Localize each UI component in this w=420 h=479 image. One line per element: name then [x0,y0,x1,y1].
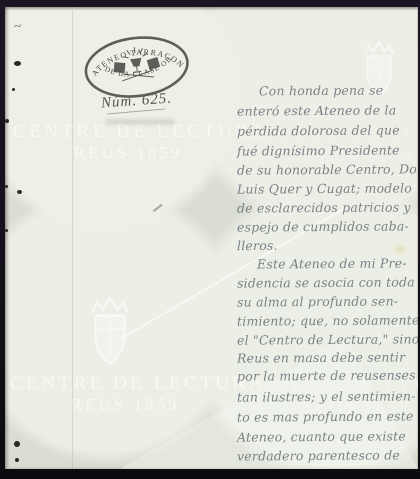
crest-watermark-icon [81,289,139,382]
paper-stain [391,243,409,256]
punch-hole [15,458,19,462]
manuscript-line: Este Ateneo de mi Pre- [257,255,407,271]
manuscript-line: espejo de cumplidos caba- [237,218,409,234]
manuscript-line: timiento; que, no solamente [237,312,418,328]
pencil-slash-mark [153,204,163,212]
punch-hole [12,88,15,91]
punch-hole [5,185,8,188]
manuscript-line: sidencia se asocia con toda [237,274,415,290]
manuscript-line: lleros. [237,238,278,253]
manuscript-line: de esclarecidos patricios y [237,199,411,215]
manuscript-line: de su honorable Centro, Don [237,161,418,177]
punch-hole [14,441,20,447]
pencil-mark: ~ [14,23,29,30]
manuscript-line: fué dignísimo Presidente [237,142,400,158]
watermark-subtitle: REUS 1859 [10,395,240,415]
manuscript-line: Ateneo, cuanto que existe [237,428,406,444]
vertical-fold-line [72,7,74,469]
manuscript-line: pérdida dolorosa del que [237,122,400,138]
watermark-bottom-left: CENTRE DE LECTURA REUS 1859 [10,373,240,415]
watermark-top-left: CENTRE DE LECTURA REUS 1859 [13,121,243,163]
punch-hole [5,119,9,123]
manuscript-line: to es mas profundo en este [237,408,414,424]
ink-bleed-mark [105,119,175,125]
manuscript-line: Luis Quer y Cugat; modelo [237,180,412,196]
watermark-subtitle: REUS 1859 [13,143,243,163]
punch-hole [5,229,8,232]
manuscript-line: Con honda pena se [259,83,383,99]
manuscript-line: el "Centro de Lectura," sino [237,331,418,347]
manuscript-line: Reus en masa debe sentir [237,349,405,365]
manuscript-line: verdadero parentesco de [237,447,400,463]
manuscript-line: tan ilustres; y el sentimien- [237,388,416,404]
crest-watermark-icon [353,35,405,110]
manuscript-line: su alma al profundo sen- [237,293,398,309]
staple-mark [14,61,21,66]
manuscript-line: por la muerte de reusenses [237,367,416,383]
watermark-title: CENTRE DE LECTURA [10,373,240,395]
staple-mark [17,190,22,194]
manuscript-line: enteró este Ateneo de la [237,102,396,118]
scanned-document: CENTRE DE LECTURA REUS 1859 CENTRE DE LE… [0,0,420,479]
paper-sheet: CENTRE DE LECTURA REUS 1859 CENTRE DE LE… [5,7,418,469]
